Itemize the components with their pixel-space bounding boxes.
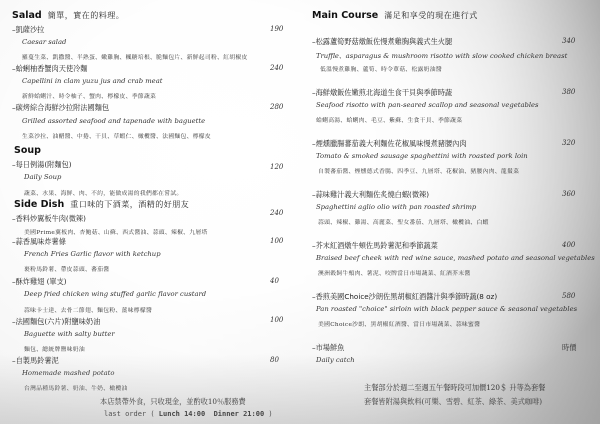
item-description: 蛤蜊高湯、蛤蜊肉、毛豆、紫蘇、生食干貝、季節蔬菜 [316,115,462,124]
item-price: 360 [562,190,575,198]
item-price: 190 [270,25,283,33]
item-name: –松露蘆筍野菇燉飯佐慢煮雞胸與義式生火腿 [312,37,452,47]
item-english: Seafood risotto with pan-seared scallop … [316,101,539,109]
item-name: –法國麵包(六片)附鹽味奶油 [12,317,100,327]
item-price: 400 [562,241,575,249]
item-description: 蔬菜、水果、海鮮、肉、不約，能做成湯的我們都在嘗試。 [24,188,183,197]
item-description: 美國Prime翼板肉、杏鮑菇、山蘇、西式醬油、蒜頭、辣椒、九層塔 [24,227,208,236]
item-description: 新鮮蛤蜊汁、時令柚子、蟹肉、檸檬皮、季節蔬菜 [22,91,156,100]
item-name: –蛤蜊柚香蟹肉天使冷麵 [12,64,87,74]
item-price: 580 [562,292,575,300]
item-english: Deep fried chicken wing stuffed garlic f… [24,290,206,298]
item-english: Braised beef cheek with red wine sauce, … [316,254,595,262]
item-price: 240 [270,64,283,72]
item-price: 240 [270,209,283,217]
item-description: 低溫慢煮雞胸、蘆筍、時令蕈菇、松露奶油醬 [320,64,442,73]
item-price: 40 [270,277,279,285]
item-description: 美國Choice沙朗、黑胡椒紅酒醬、當日市場蔬菜、蒜味蜜醬 [318,319,480,328]
item-name: –碳烤綜合海鮮沙拉附法國麵包 [12,103,109,113]
item-price: 320 [562,139,575,147]
item-price: 100 [270,237,283,245]
item-description: 麵包、總統牌鹽味奶油 [24,344,85,353]
policy-notice: 本店禁帶外食，只收現金，並酌收10％服務費 [100,397,246,407]
section-header-side-dish: Side Dish 重口味的下酒菜，酒精的好朋友 [14,199,189,210]
item-name: –酥炸雞翅 (單支) [12,277,67,287]
item-english: French Fries Garlic flavor with ketchup [24,250,161,258]
item-price: 280 [270,103,283,111]
section-header-main-course: Main Course 滿足和享受的現在進行式 [312,10,478,21]
item-english: Daily catch [316,356,355,364]
close-paren: ) [268,410,272,418]
last-order-label: last order ( [104,410,155,418]
item-english: Tomato & smoked sausage spaghettini with… [316,152,528,160]
item-description: 台灣品種馬鈴薯、奶油、牛奶、橄欖油 [24,383,128,392]
item-price: 380 [562,88,575,96]
item-name: –香料炒翼板牛肉(微辣) [12,214,86,224]
item-price: 120 [270,163,283,171]
item-name: –市場鮮魚 [312,343,344,353]
item-description: 澳洲穀飼牛頰肉、薯泥、咬牌當日市場蔬菜、紅酒芥末醬 [318,268,470,277]
item-name: –每日例湯(附麵包) [12,160,72,170]
item-name: –香煎美國Choice沙朗佐黑胡椒紅酒醬汁與季節時蔬(8 oz) [312,292,497,302]
section-subtitle: 滿足和享受的現在進行式 [384,10,478,21]
section-header-soup: Soup [14,145,41,156]
item-description: 羅蔓生菜、凱撒醬、半熟蛋、嫩雞胸、楓糖培根、脆麵包片、新鮮起司粉、紅胡椒皮 [22,52,248,61]
item-name: –蒜香風味炸薯條 [12,237,66,247]
last-order-notice: last order ( Lunch 14:00 Dinner 21:00 ) [104,410,273,418]
item-description: 自製蕃茄醬、煙燻德式香腸、四季豆、九層塔、花椒油、豬腰內肉、龍鬚菜 [318,166,519,175]
section-subtitle: 簡單，實在的料理。 [48,10,125,21]
set-meal-includes-notice: 套餐皆附湯與飲料(可樂、雪碧、紅茶、綠茶、美式咖啡) [364,397,542,407]
item-english: Caesar salad [22,38,66,46]
item-english: Daily Soup [24,173,61,181]
item-name: –煙燻臘腸蕃茄義大利麵佐花椒風味慢煮豬腰內肉 [312,139,467,149]
item-english: Capellini in clam yuzu jus and crab meat [22,77,163,85]
section-title: Soup [14,145,41,156]
item-price: 340 [562,37,575,45]
item-description: 裹粉馬鈴薯、帶皮蒜頭、蕃茄醬 [24,264,109,273]
item-price: 時價 [562,343,576,353]
item-english: Homemade mashed potato [22,369,114,377]
item-description: 生菜沙拉、油醋醬、中捲、干貝、草蝦仁、橄欖醬、法國麵包、檸檬皮 [22,131,211,140]
item-description: 蒜頭、辣椒、雞湯、高麗菜、聖女番茄、九層塔、橄欖油、白蝦 [318,217,489,226]
item-price: 80 [270,356,279,364]
item-name: –自製馬鈴薯泥 [12,356,59,366]
item-name: –海鮮燉飯佐嫩煎北海道生食干貝與季節時蔬 [312,88,452,98]
item-english: Pan roasted "choice" sirloin with black … [316,305,577,313]
set-meal-upgrade-notice: 主餐部分於週二至週五午餐時段可加價120＄ 升等為套餐 [364,383,545,393]
item-english: Grilled assorted seafood and tapenade wi… [22,117,205,125]
item-english: Baguette with salty butter [24,330,115,338]
item-price: 100 [270,316,283,324]
dinner-time: Dinner 21:00 [214,410,265,418]
section-title: Main Course [312,10,378,21]
item-english: Truffle、asparagus & mushroom risotto wit… [316,50,567,60]
item-description: 蒜味卡士達、去骨二節翅、麵包粉、薑味檸檬醬 [24,305,152,314]
section-title: Side Dish [14,199,64,210]
lunch-time: Lunch 14:00 [159,410,205,418]
item-english: Spaghettini aglio olio with pan roasted … [316,203,476,211]
item-name: –蒜味雞汁義大利麵佐炙燒白蝦(微辣) [312,190,429,200]
section-subtitle: 重口味的下酒菜，酒精的好朋友 [70,199,189,210]
item-name: –凱薩沙拉 [12,25,44,35]
section-header-salad: Salad 簡單，實在的料理。 [12,10,124,21]
section-title: Salad [12,10,42,21]
item-name: –芥末紅酒燉牛頰佐馬鈴薯泥和季節蔬菜 [312,241,438,251]
